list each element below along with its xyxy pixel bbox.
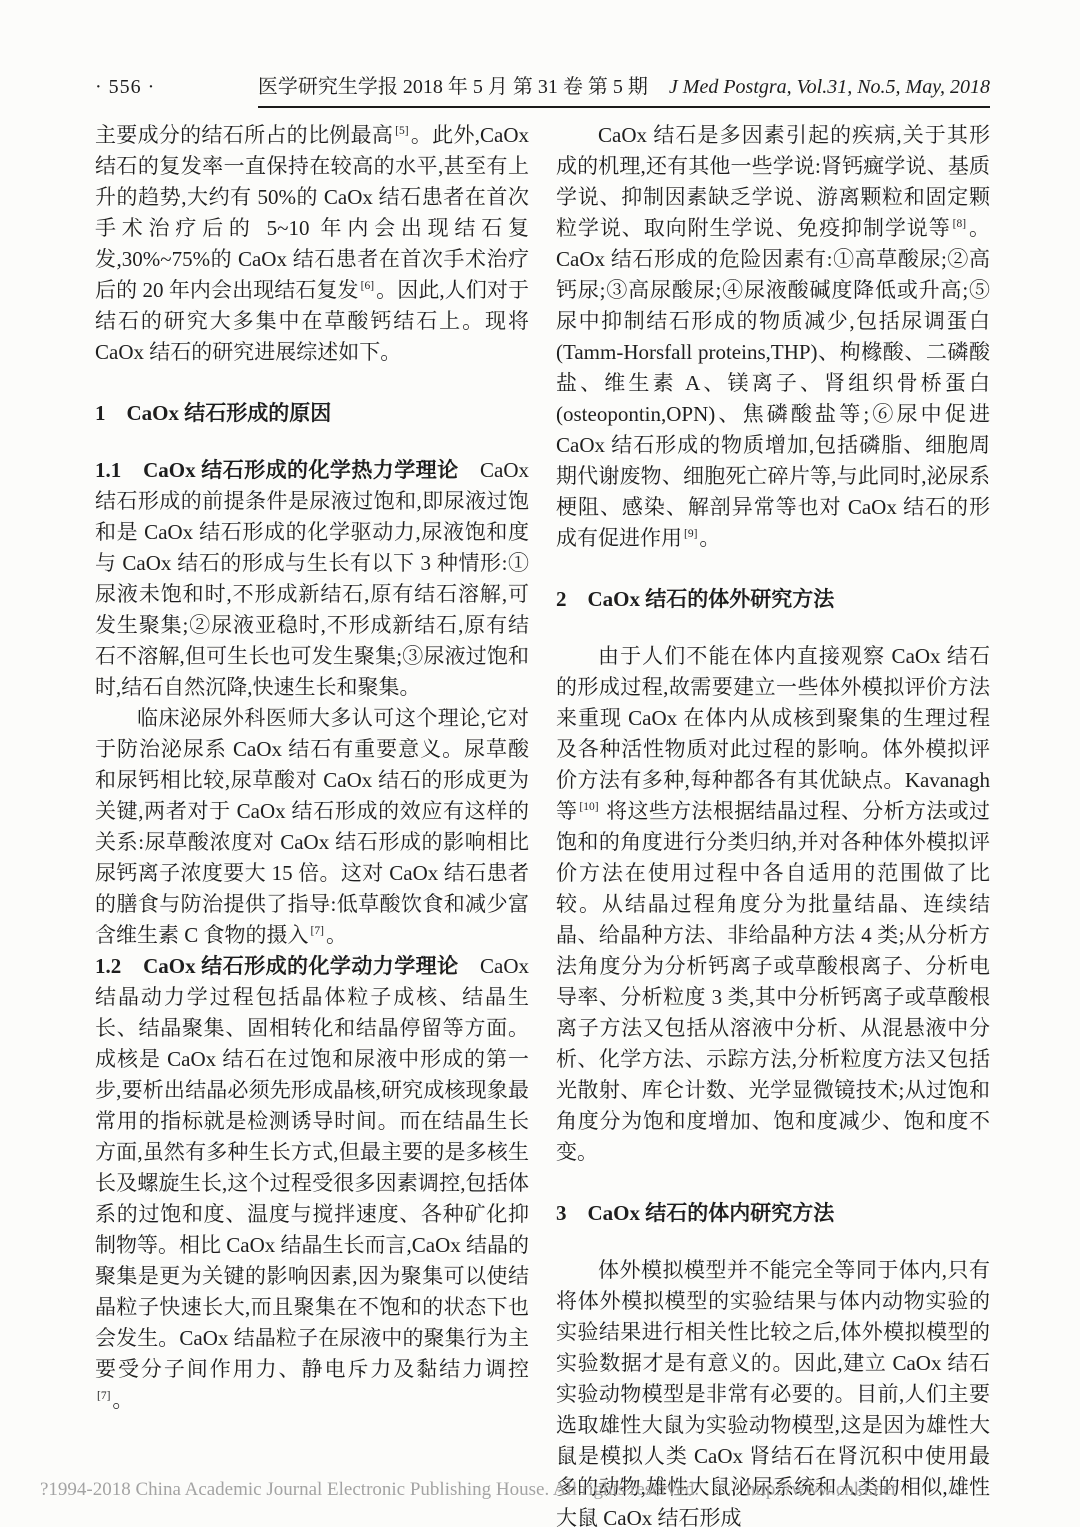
journal-masthead: 医学研究生学报 2018 年 5 月 第 31 卷 第 5 期 J Med Po… — [258, 70, 990, 108]
paragraph: 1.2 CaOx 结石形成的化学动力学理论 CaOx 结晶动力学过程包括晶体粒子… — [95, 951, 529, 1416]
journal-page: · 556 · 医学研究生学报 2018 年 5 月 第 31 卷 第 5 期 … — [0, 0, 1080, 1527]
journal-title-en: J Med Postgra, Vol.31, No.5, May, 2018 — [669, 76, 990, 98]
body-text: 将这些方法根据结晶过程、分析方法或过饱和的角度进行分类归纳,并对各种体外模拟评价… — [556, 799, 990, 1164]
reference-marker: [9] — [684, 528, 697, 540]
section-heading: 1 CaOx 结石形成的原因 — [95, 398, 529, 429]
journal-title-cn: 医学研究生学报 2018 年 5 月 第 31 卷 第 5 期 — [258, 76, 648, 98]
page-header: · 556 · 医学研究生学报 2018 年 5 月 第 31 卷 第 5 期 … — [95, 70, 990, 108]
cnki-url: http://www.cnki.net — [746, 1479, 897, 1500]
page-footer: ?1994-2018 China Academic Journal Electr… — [40, 1479, 897, 1501]
body-text: 。 — [699, 526, 720, 550]
reference-marker: [5] — [395, 125, 408, 137]
section-heading: 2 CaOx 结石的体外研究方法 — [556, 584, 990, 615]
body-text: 临床泌尿外科医师大多认可这个理论,它对于防治泌尿系 CaOx 结石有重要意义。尿… — [95, 706, 529, 947]
body-text: CaOx 结石是多因素引起的疾病,关于其形成的机理,还有其他一些学说:肾钙癍学说… — [556, 123, 990, 240]
reference-marker: [10] — [579, 801, 598, 813]
paragraph: 由于人们不能在体内直接观察 CaOx 结石的形成过程,故需要建立一些体外模拟评价… — [556, 641, 990, 1168]
body-text: CaOx 结石形成的前提条件是尿液过饱和,即尿液过饱和是 CaOx 结石形成的化… — [95, 458, 529, 699]
reference-marker: [7] — [311, 925, 324, 937]
reference-marker: [7] — [97, 1390, 110, 1402]
body-text: 。 — [112, 1388, 133, 1412]
left-column: 主要成分的结石所占的比例最高[5]。此外,CaOx 结石的复发率一直保持在较高的… — [95, 120, 529, 1527]
paragraph: CaOx 结石是多因素引起的疾病,关于其形成的机理,还有其他一些学说:肾钙癍学说… — [556, 120, 990, 554]
right-column: CaOx 结石是多因素引起的疾病,关于其形成的机理,还有其他一些学说:肾钙癍学说… — [556, 120, 990, 1527]
body-text: 。 — [326, 923, 347, 947]
paragraph: 1.1 CaOx 结石形成的化学热力学理论 CaOx 结石形成的前提条件是尿液过… — [95, 455, 529, 703]
article-body: 主要成分的结石所占的比例最高[5]。此外,CaOx 结石的复发率一直保持在较高的… — [95, 120, 990, 1527]
paragraph: 主要成分的结石所占的比例最高[5]。此外,CaOx 结石的复发率一直保持在较高的… — [95, 120, 529, 368]
body-text: 主要成分的结石所占的比例最高 — [95, 123, 393, 147]
body-text: 由于人们不能在体内直接观察 CaOx 结石的形成过程,故需要建立一些体外模拟评价… — [556, 644, 990, 823]
section-heading: 3 CaOx 结石的体内研究方法 — [556, 1198, 990, 1229]
body-text: CaOx 结晶动力学过程包括晶体粒子成核、结晶生长、结晶聚集、固相转化和结晶停留… — [95, 954, 529, 1381]
runin-heading: 1.2 CaOx 结石形成的化学动力学理论 — [95, 954, 459, 978]
page-number: · 556 · — [95, 76, 155, 108]
body-text: 。CaOx 结石形成的危险因素有:①高草酸尿;②高钙尿;③高尿酸尿;④尿液酸碱度… — [556, 216, 990, 550]
reference-marker: [6] — [361, 280, 374, 292]
copyright-text: ?1994-2018 China Academic Journal Electr… — [40, 1479, 699, 1500]
reference-marker: [8] — [953, 218, 966, 230]
paragraph: 临床泌尿外科医师大多认可这个理论,它对于防治泌尿系 CaOx 结石有重要意义。尿… — [95, 703, 529, 951]
body-text: 。此外,CaOx 结石的复发率一直保持在较高的水平,甚至有上升的趋势,大约有 5… — [95, 123, 529, 302]
runin-heading: 1.1 CaOx 结石形成的化学热力学理论 — [95, 458, 459, 482]
